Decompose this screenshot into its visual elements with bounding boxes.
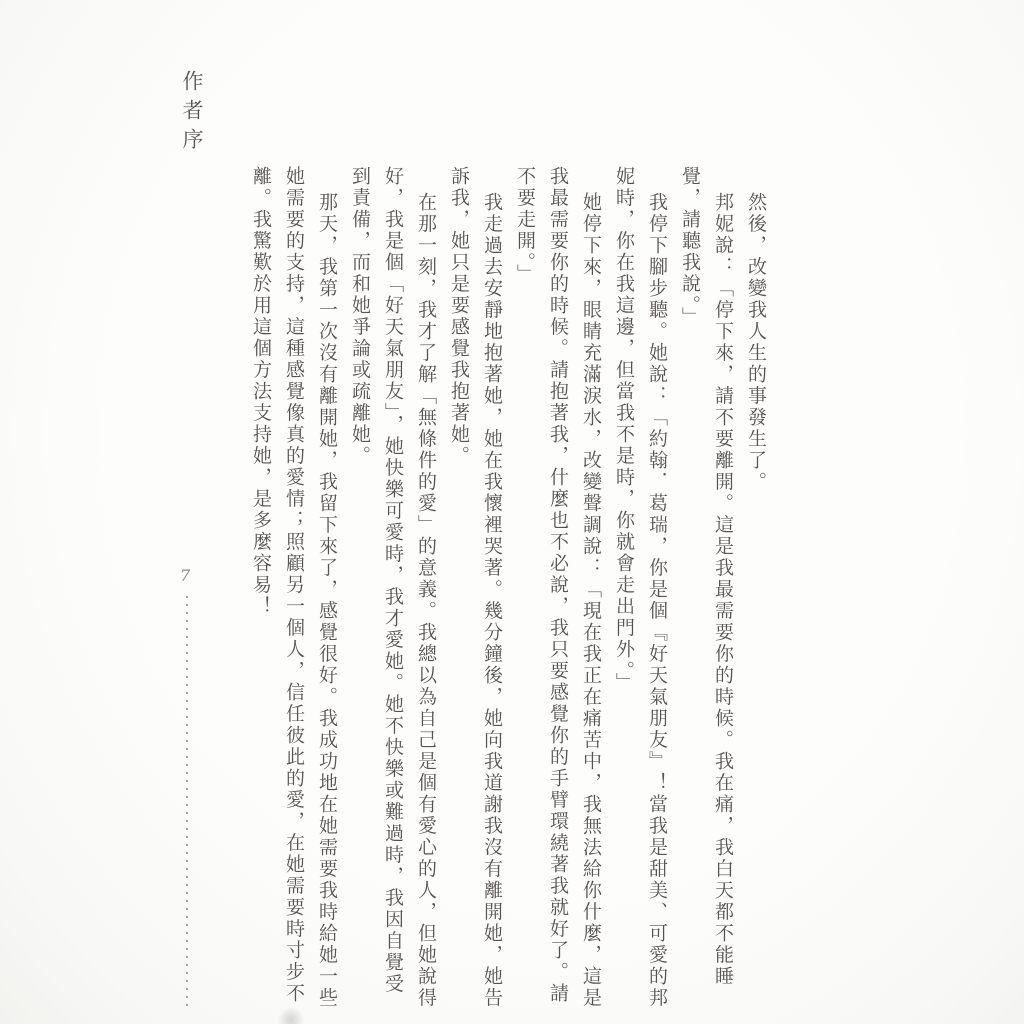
folio-dotted-rule xyxy=(186,596,188,1010)
paragraph: 在那一刻，我才了解「無條件的愛」的意義。我總以為自己是個有愛心的人，但她說得好，… xyxy=(343,166,442,1014)
paragraph: 她停下來，眼睛充滿淚水，改變聲調說：「現在我正在痛苦中，我無法給你什麼，這是我最… xyxy=(508,166,607,1014)
paragraph: 那天，我第一次沒有離開她，我留下來了，感覺很好。我成功地在她需要我時給她一些她需… xyxy=(244,166,343,1014)
paragraph: 然後，改變我人生的事發生了。 xyxy=(739,166,772,1014)
paragraph: 邦妮說：「停下來，請不要離開。這是我最需要你的時候。我在痛，我白天都不能睡覺，請… xyxy=(673,166,739,1014)
body-text: 然後，改變我人生的事發生了。 邦妮說：「停下來，請不要離開。這是我最需要你的時候… xyxy=(244,166,772,1014)
paragraph: 我停下腳步聽。她說：「約翰．葛瑞，你是個『好天氣朋友』！當我是甜美、可愛的邦妮時… xyxy=(607,166,673,1014)
paragraph: 我走過去安靜地抱著她，她在我懷裡哭著。幾分鐘後，她向我道謝我沒有離開她，她告訴我… xyxy=(442,166,508,1014)
page-number: 7 xyxy=(180,566,190,585)
book-page: 作者序 然後，改變我人生的事發生了。 邦妮說：「停下來，請不要離開。這是我最需要… xyxy=(0,0,1024,1024)
section-title: 作者序 xyxy=(177,70,207,157)
